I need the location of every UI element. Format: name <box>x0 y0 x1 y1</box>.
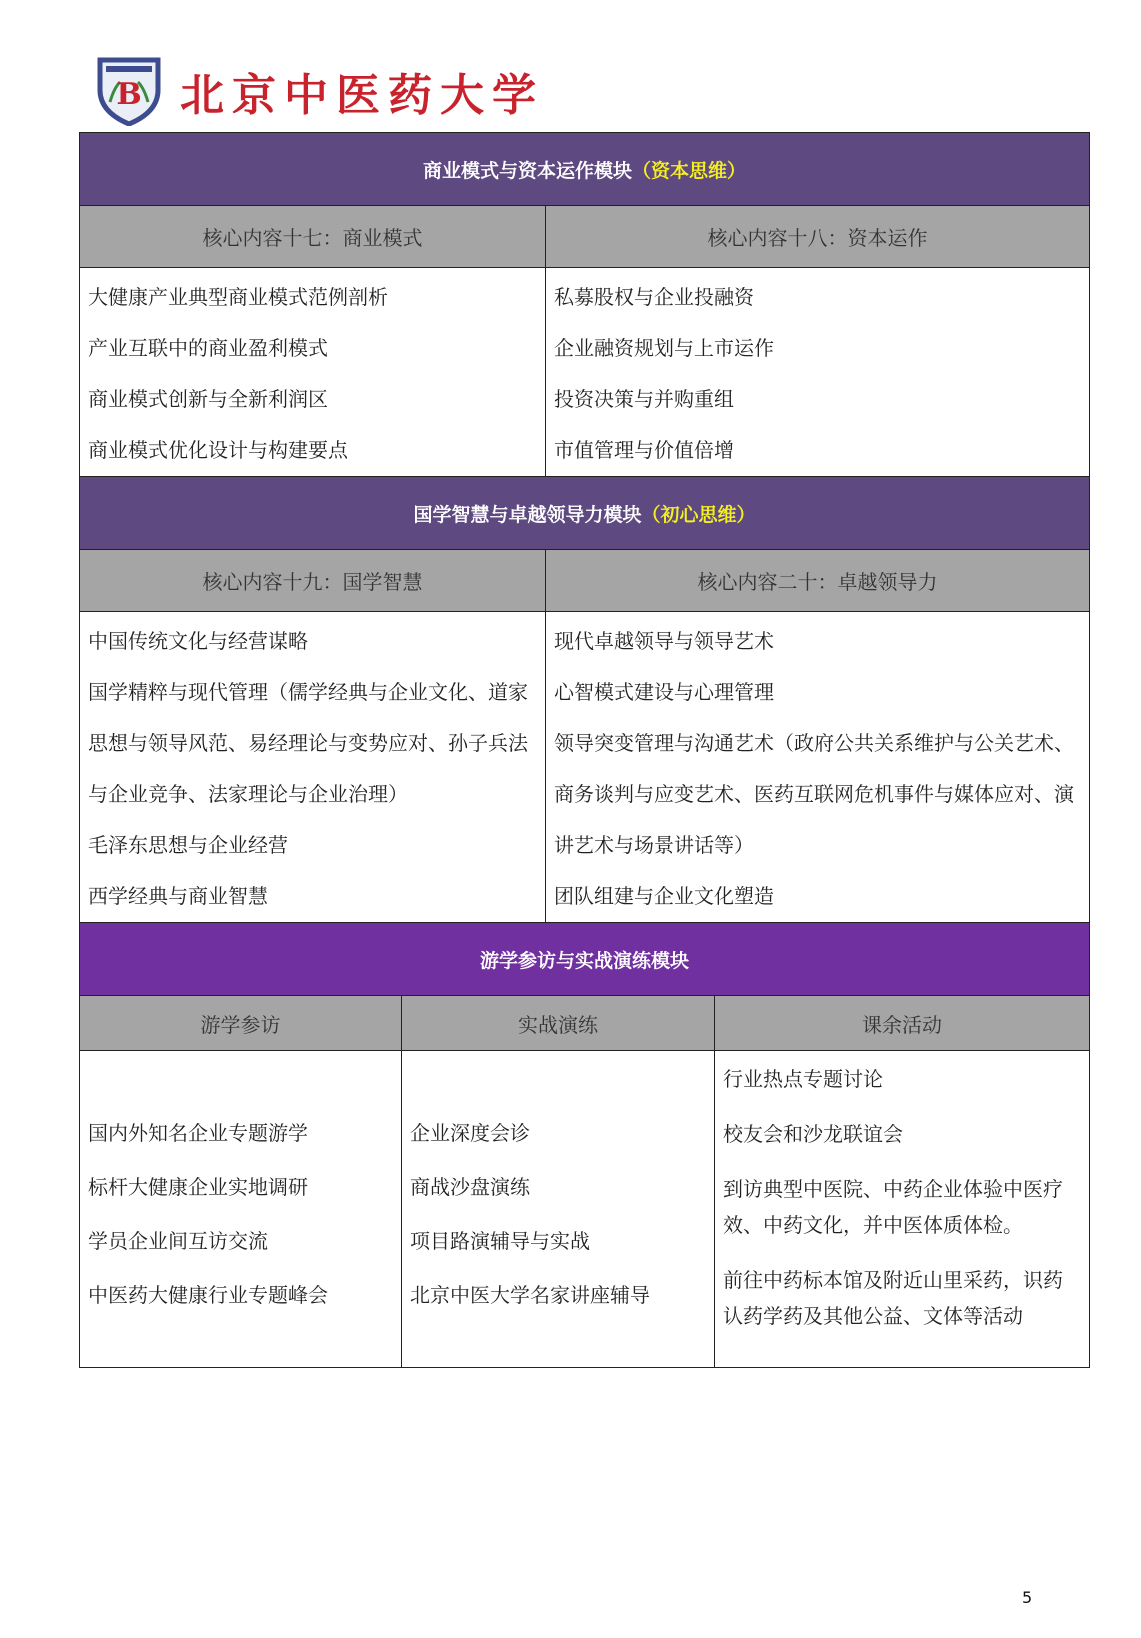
module-title: 商业模式与资本运作模块 <box>423 160 632 182</box>
extracurricular-list: 行业热点专题讨论 校友会和沙龙联谊会 到访典型中医院、中药企业体验中医疗效、中药… <box>715 1051 1090 1368</box>
list-item: 学员企业间互访交流 <box>88 1214 393 1268</box>
list-item: 校友会和沙龙联谊会 <box>723 1116 1081 1152</box>
practice-drill-list: 企业深度会诊 商战沙盘演练 项目路演辅导与实战 北京中医大学名家讲座辅导 <box>402 1051 715 1368</box>
list-item: 领导突变管理与沟通艺术（政府公共关系维护与公关艺术、商务谈判与应变艺术、医药互联… <box>554 718 1081 871</box>
capital-operation-list: 私募股权与企业投融资 企业融资规划与上市运作 投资决策与并购重组 市值管理与价值… <box>546 268 1090 477</box>
list-item: 前往中药标本馆及附近山里采药，识药认药学药及其他公益、文体等活动 <box>723 1262 1081 1334</box>
list-item: 国学精粹与现代管理（儒学经典与企业文化、道家思想与领导风范、易经理论与变势应对、… <box>88 667 537 820</box>
sinology-list: 中国传统文化与经营谋略 国学精粹与现代管理（儒学经典与企业文化、道家思想与领导风… <box>80 612 546 923</box>
module-title: 国学智慧与卓越领导力模块 <box>414 504 642 526</box>
column-header-business-model: 核心内容十七：商业模式 <box>80 206 546 268</box>
list-item: 心智模式建设与心理管理 <box>554 667 1081 718</box>
list-item: 到访典型中医院、中药企业体验中医疗效、中药文化，并中医体质体检。 <box>723 1171 1081 1243</box>
svg-text:B: B <box>116 77 141 112</box>
list-item: 国内外知名企业专题游学 <box>88 1106 393 1160</box>
study-tour-list: 国内外知名企业专题游学 标杆大健康企业实地调研 学员企业间互访交流 中医药大健康… <box>80 1051 402 1368</box>
list-item: 团队组建与企业文化塑造 <box>554 871 1081 922</box>
column-header-practice-drill: 实战演练 <box>402 996 715 1051</box>
university-crest-icon: B <box>96 52 162 126</box>
list-item: 商业模式优化设计与构建要点 <box>88 425 537 476</box>
module-title-accent: （资本思维） <box>632 160 746 182</box>
module-title: 游学参访与实战演练模块 <box>480 950 689 972</box>
list-item: 标杆大健康企业实地调研 <box>88 1160 393 1214</box>
column-header-leadership: 核心内容二十：卓越领导力 <box>546 550 1090 612</box>
column-header-sinology: 核心内容十九：国学智慧 <box>80 550 546 612</box>
business-model-list: 大健康产业典型商业模式范例剖析 产业互联中的商业盈利模式 商业模式创新与全新利润… <box>80 268 546 477</box>
list-item: 中国传统文化与经营谋略 <box>88 616 537 667</box>
list-item: 行业热点专题讨论 <box>723 1061 1081 1097</box>
list-item: 现代卓越领导与领导艺术 <box>554 616 1081 667</box>
list-item: 项目路演辅导与实战 <box>410 1214 706 1268</box>
list-item: 西学经典与商业智慧 <box>88 871 537 922</box>
list-item: 企业深度会诊 <box>410 1106 706 1160</box>
list-item: 中医药大健康行业专题峰会 <box>88 1268 393 1322</box>
column-header-study-tour: 游学参访 <box>80 996 402 1051</box>
school-name: 北京中医药大学 <box>180 74 544 118</box>
module-header-study-tour-practice: 游学参访与实战演练模块 <box>80 923 1090 996</box>
list-item: 企业融资规划与上市运作 <box>554 323 1081 374</box>
page-number: 5 <box>1022 1588 1032 1607</box>
list-item: 北京中医大学名家讲座辅导 <box>410 1268 706 1322</box>
list-item: 产业互联中的商业盈利模式 <box>88 323 537 374</box>
curriculum-table: 商业模式与资本运作模块（资本思维） 核心内容十七：商业模式 核心内容十八：资本运… <box>79 132 1090 1368</box>
module-header-sinology-leadership: 国学智慧与卓越领导力模块（初心思维） <box>80 477 1090 550</box>
list-item: 投资决策与并购重组 <box>554 374 1081 425</box>
column-header-extracurricular: 课余活动 <box>715 996 1090 1051</box>
leadership-list: 现代卓越领导与领导艺术 心智模式建设与心理管理 领导突变管理与沟通艺术（政府公共… <box>546 612 1090 923</box>
list-item: 毛泽东思想与企业经营 <box>88 820 537 871</box>
list-item: 商战沙盘演练 <box>410 1160 706 1214</box>
list-item: 商业模式创新与全新利润区 <box>88 374 537 425</box>
list-item: 大健康产业典型商业模式范例剖析 <box>88 272 537 323</box>
column-header-capital-operation: 核心内容十八：资本运作 <box>546 206 1090 268</box>
list-item: 市值管理与价值倍增 <box>554 425 1081 476</box>
module-header-business-capital: 商业模式与资本运作模块（资本思维） <box>80 133 1090 206</box>
module-title-accent: （初心思维） <box>642 504 756 526</box>
list-item: 私募股权与企业投融资 <box>554 272 1081 323</box>
